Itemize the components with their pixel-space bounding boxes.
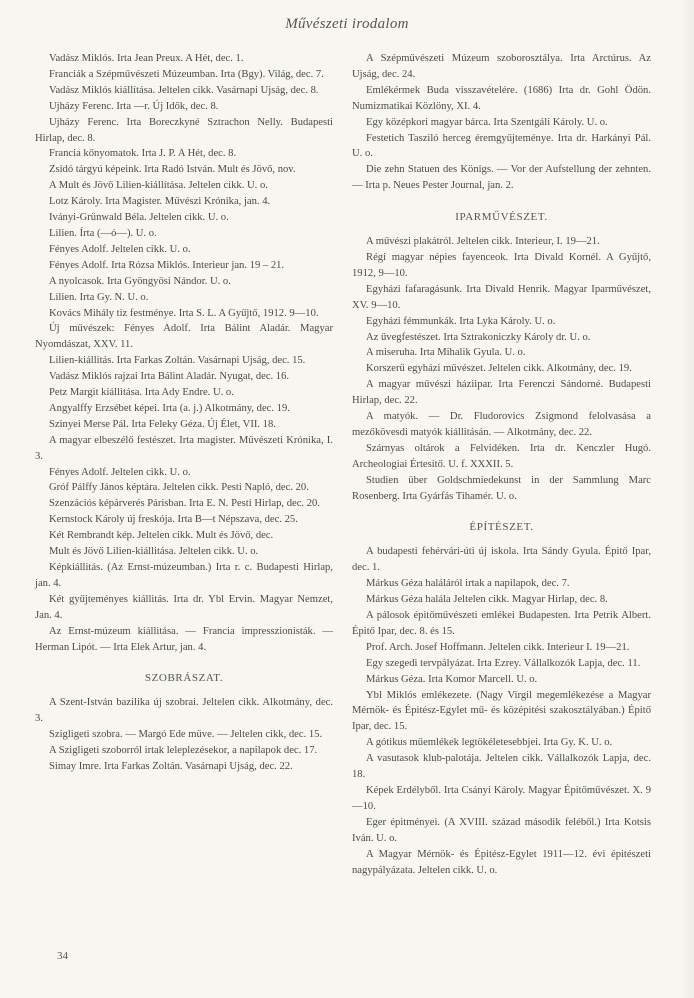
bibliography-entry: A Szigligeti szoborról irtak leleplezése… (35, 743, 333, 759)
bibliography-entry: A gótikus műemlékek legtökéletesebbjei. … (352, 735, 651, 751)
bibliography-entry: A Mult és Jövő Lilien-kiállítása. Jeltel… (35, 178, 333, 194)
bibliography-entry: Iványi-Grünwald Béla. Jeltelen cikk. U. … (35, 210, 333, 226)
bibliography-entry: Az üvegfestészet. Irta Sztrakoniczky Kár… (352, 330, 651, 346)
bibliography-entry: Két gyűjteményes kiállitás. Irta dr. Ybl… (35, 592, 333, 624)
bibliography-entry: Vadász Miklós kiállítása. Jeltelen cikk.… (35, 83, 333, 99)
bibliography-entry: Ybl Miklós emlékezete. (Nagy Virgil mege… (352, 688, 651, 736)
bibliography-entry: A vasutasok klub-palotája. Jeltelen cikk… (352, 751, 651, 783)
bibliography-entry: Két Rembrandt kép. Jeltelen cikk. Mult é… (35, 528, 333, 544)
bibliography-entry: Studien über Goldschmiedekunst in der Sa… (352, 473, 651, 505)
bibliography-entry: Márkus Géza halála Jeltelen cikk. Magyar… (352, 592, 651, 608)
bibliography-entry: Új művészek: Fényes Adolf. Irta Bálint A… (35, 321, 333, 353)
left-column: Vadász Miklós. Irta Jean Preux. A Hét, d… (35, 51, 333, 775)
bibliography-entry: Lilien. Irta Gy. N. U. o. (35, 290, 333, 306)
bibliography-entry: Gróf Pálffy János képtára. Jeltelen cikk… (35, 480, 333, 496)
bibliography-entry: Fényes Adolf. Jeltelen cikk. U. o. (35, 242, 333, 258)
right-intro-list: A Szépművészeti Múzeum szoborosztálya. I… (352, 51, 651, 194)
bibliography-entry: Egyházi fafaragásunk. Irta Divald Henrik… (352, 282, 651, 314)
bibliography-entry: Emlékérmek Buda visszavételére. (1686) I… (352, 83, 651, 115)
bibliography-entry: Eger épitményei. (A XVIII. század másodi… (352, 815, 651, 847)
bibliography-entry: Die zehn Statuen des Königs. — Vor der A… (352, 162, 651, 194)
bibliography-entry: Kovács Mihály tiz festménye. Irta S. L. … (35, 306, 333, 322)
bibliography-entry: Mult és Jövő Lilien-kiállitása. Jeltelen… (35, 544, 333, 560)
bibliography-entry: Zsidó tárgyú képeink. Irta Radó István. … (35, 162, 333, 178)
running-title: Művészeti irodalom (0, 16, 694, 33)
bibliography-entry: Fényes Adolf. Irta Rózsa Miklós. Interie… (35, 258, 333, 274)
bibliography-entry: Az Ernst-múzeum kiállitása. — Francia im… (35, 624, 333, 656)
bibliography-entry: Márkus Géza haláláról irtak a napilapok,… (352, 576, 651, 592)
bibliography-entry: Szárnyas oltárok a Felvidéken. Irta dr. … (352, 441, 651, 473)
bibliography-entry: A miseruha. Irta Mihalik Gyula. U. o. (352, 345, 651, 361)
bibliography-entry: Festetich Tasziló herceg éremgyűjteménye… (352, 131, 651, 163)
section-title-sculpture: SZOBRÁSZAT. (35, 671, 333, 687)
bibliography-entry: A pálosok épitőművészeti emlékei Budapes… (352, 608, 651, 640)
bibliography-entry: Egy szegedi tervpályázat. Irta Ezrey. Vá… (352, 656, 651, 672)
bibliography-entry: Egyházi fémmunkák. Irta Lyka Károly. U. … (352, 314, 651, 330)
bibliography-entry: Régi magyar népies fayenceok. Irta Dival… (352, 250, 651, 282)
bibliography-entry: Lotz Károly. Irta Magister. Művészi Krón… (35, 194, 333, 210)
bibliography-entry: Angyalffy Erzsébet képei. Irta (a. j.) A… (35, 401, 333, 417)
bibliography-entry: Ujházy Ferenc. Irta —r. Új Idők, dec. 8. (35, 99, 333, 115)
bibliography-entry: Márkus Géza. Irta Komor Marcell. U. o. (352, 672, 651, 688)
bibliography-entry: Franciák a Szépművészeti Múzeumban. Irta… (35, 67, 333, 83)
bibliography-entry: A matyók. — Dr. Fludorovics Zsigmond fel… (352, 409, 651, 441)
left-intro-list: Vadász Miklós. Irta Jean Preux. A Hét, d… (35, 51, 333, 655)
bibliography-entry: A budapesti fehérvári-úti új iskola. Irt… (352, 544, 651, 576)
bibliography-entry: A művészi plakátról. Jeltelen cikk. Inte… (352, 234, 651, 250)
architecture-list: A budapesti fehérvári-úti új iskola. Irt… (352, 544, 651, 878)
section-title-architecture: ÉPÍTÉSZET. (352, 520, 651, 536)
bibliography-entry: Képkiállitás. (Az Ernst-múzeumban.) Irta… (35, 560, 333, 592)
page-number: 34 (57, 950, 68, 962)
bibliography-entry: Lilien. Írta (—ó—). U. o. (35, 226, 333, 242)
bibliography-entry: A magyar művészi háziipar. Irta Ferenczi… (352, 377, 651, 409)
bibliography-entry: Kernstock Károly új freskója. Irta B—t N… (35, 512, 333, 528)
bibliography-entry: Szinyei Merse Pál. Irta Feleky Géza. Új … (35, 417, 333, 433)
right-column: A Szépművészeti Múzeum szoborosztálya. I… (352, 51, 651, 878)
bibliography-entry: Fényes Adolf. Jeltelen cikk. U. o. (35, 465, 333, 481)
bibliography-entry: Vadász Miklós. Irta Jean Preux. A Hét, d… (35, 51, 333, 67)
bibliography-entry: Egy középkori magyar bárca. Irta Szentgá… (352, 115, 651, 131)
section-title-applied-arts: IPARMŰVÉSZET. (352, 210, 651, 226)
sculpture-list: A Szent-István bazilika új szobrai. Jelt… (35, 695, 333, 775)
bibliography-entry: A Magyar Mérnök- és Épitész-Egylet 1911—… (352, 847, 651, 879)
bibliography-entry: Simay Imre. Irta Farkas Zoltán. Vasárnap… (35, 759, 333, 775)
bibliography-entry: A magyar elbeszélő festészet. Irta magis… (35, 433, 333, 465)
bibliography-entry: Lilien-kiállitás. Irta Farkas Zoltán. Va… (35, 353, 333, 369)
bibliography-entry: Képek Erdélyből. Irta Csányi Károly. Mag… (352, 783, 651, 815)
bibliography-entry: Prof. Arch. Josef Hoffmann. Jeltelen cik… (352, 640, 651, 656)
bibliography-entry: Francia kőnyomatok. Irta J. P. A Hét, de… (35, 146, 333, 162)
bibliography-entry: Petz Margit kiállitása. Irta Ady Endre. … (35, 385, 333, 401)
bibliography-entry: Szigligeti szobra. — Margó Ede müve. — J… (35, 727, 333, 743)
page-edge-shadow (680, 0, 694, 998)
bibliography-entry: A Szent-István bazilika új szobrai. Jelt… (35, 695, 333, 727)
applied-arts-list: A művészi plakátról. Jeltelen cikk. Inte… (352, 234, 651, 504)
bibliography-entry: A Szépművészeti Múzeum szoborosztálya. I… (352, 51, 651, 83)
bibliography-entry: Korszerű egyházi művészet. Jeltelen cikk… (352, 361, 651, 377)
bibliography-entry: Ujházy Ferenc. Irta Boreczkyné Sztrachon… (35, 115, 333, 147)
bibliography-entry: Szenzációs képárverés Párisban. Irta E. … (35, 496, 333, 512)
document-page: Művészeti irodalom Vadász Miklós. Irta J… (0, 0, 694, 998)
bibliography-entry: A nyolcasok. Irta Gyöngyösi Nándor. U. o… (35, 274, 333, 290)
bibliography-entry: Vadász Miklós rajzai Irta Bálint Aladár.… (35, 369, 333, 385)
